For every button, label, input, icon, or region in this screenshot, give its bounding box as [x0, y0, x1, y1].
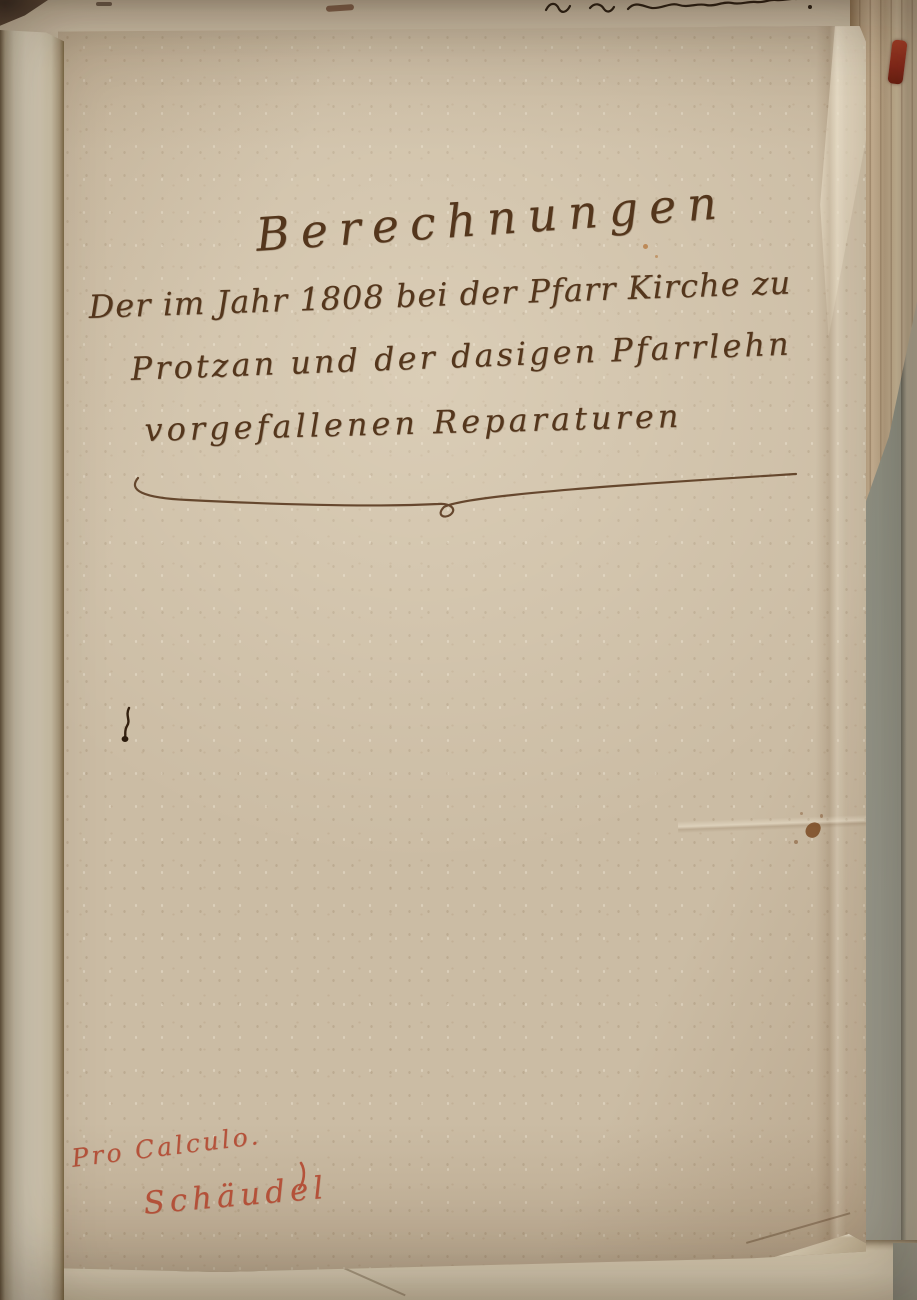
body-line-1: Der im Jahr 1808 bei der Pfarr Kirche zu — [88, 263, 792, 326]
foxing-spot — [643, 244, 648, 249]
partial-handwriting-fragment — [542, 0, 872, 18]
ink-blot — [116, 706, 138, 746]
flourish-underline — [128, 464, 808, 524]
stain-dot — [800, 812, 803, 815]
body-line-2: Protzan und der dasigen Pfarrlehn — [130, 325, 792, 388]
stain-dot — [820, 814, 823, 818]
manuscript-page: Berechnungen Der im Jahr 1808 bei der Pf… — [58, 26, 866, 1272]
vertical-crease — [816, 26, 846, 1272]
pro-calculo-note: Pro Calculo. — [70, 1121, 263, 1173]
body-line-3: vorgefallenen Reparaturen — [144, 397, 683, 449]
signature: Schäudel — [142, 1170, 330, 1222]
stain-dot — [794, 840, 798, 844]
title-heading: Berechnungen — [254, 175, 729, 262]
top-edge-speck — [326, 4, 354, 12]
foxing-spot — [655, 255, 658, 258]
left-page-edge — [0, 30, 64, 1300]
bottom-right-gap — [893, 1243, 917, 1300]
manuscript-photo: Berechnungen Der im Jahr 1808 bei der Pf… — [0, 0, 917, 1300]
top-edge-speck — [96, 2, 112, 6]
